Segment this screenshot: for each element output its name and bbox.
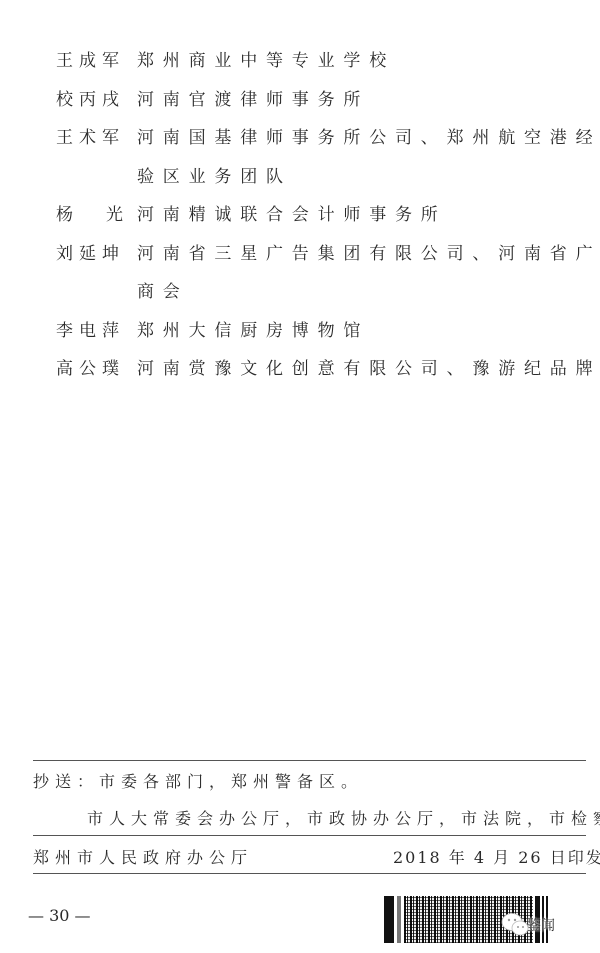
member-org: 郑州大信厨房博物馆 — [137, 316, 369, 346]
member-entry: 王术军河南国基律师事务所公司、郑州航空港经济综合实 验区业务团队 — [0, 123, 600, 200]
member-org: 河南省三星广告集团有限公司、河南省广告传媒业 — [137, 239, 600, 269]
member-entry: 高公璞河南赏豫文化创意有限公司、豫游纪品牌 — [0, 354, 600, 393]
member-name: 刘延坤 — [56, 239, 125, 269]
footer-middle-rule — [33, 835, 586, 836]
member-name: 王术军 — [56, 123, 125, 153]
wechat-logo-icon — [500, 910, 530, 938]
member-org: 郑州商业中等专业学校 — [137, 46, 395, 76]
member-list: 王成军郑州商业中等专业学校 校丙戌河南官渡律师事务所 王术军河南国基律师事务所公… — [0, 46, 600, 393]
member-name: 王成军 — [56, 46, 125, 76]
cc-line-1: 抄送：市委各部门，郑州警备区。 — [33, 769, 363, 792]
member-entry: 李电萍郑州大信厨房博物馆 — [0, 316, 600, 355]
footer-top-rule — [33, 760, 586, 761]
member-entry: 校丙戌河南官渡律师事务所 — [0, 85, 600, 124]
member-org: 河南官渡律师事务所 — [137, 85, 369, 115]
member-org: 河南国基律师事务所公司、郑州航空港经济综合实 — [137, 123, 600, 153]
member-name: 李电萍 — [56, 316, 125, 346]
page-number: — 30 — — [28, 906, 91, 925]
member-org: 河南精诚联合会计师事务所 — [137, 200, 447, 230]
issue-date: 2018 年 4 月 26 日印发 — [393, 845, 600, 868]
cc-recipients-2: 市人大常委会办公厅，市政协办公厅，市法院，市检察院。 — [87, 806, 600, 829]
member-org-continued: 商会 — [137, 277, 189, 307]
member-org: 河南赏豫文化创意有限公司、豫游纪品牌 — [137, 354, 600, 384]
issuer: 郑州市人民政府办公厅 — [33, 845, 253, 868]
member-entry: 杨光河南精诚联合会计师事务所 — [0, 200, 600, 239]
footer-bottom-rule — [33, 873, 586, 874]
member-entry: 刘延坤河南省三星广告集团有限公司、河南省广告传媒业 商会 — [0, 239, 600, 316]
watermark-text: 鉴闻 — [527, 915, 555, 935]
member-name: 校丙戌 — [56, 85, 125, 115]
cc-recipients-1: 市委各部门，郑州警备区。 — [99, 772, 363, 791]
member-name: 高公璞 — [56, 354, 125, 384]
member-org-continued: 验区业务团队 — [137, 162, 292, 192]
member-entry: 王成军郑州商业中等专业学校 — [0, 46, 600, 85]
cc-label: 抄送： — [33, 772, 99, 791]
